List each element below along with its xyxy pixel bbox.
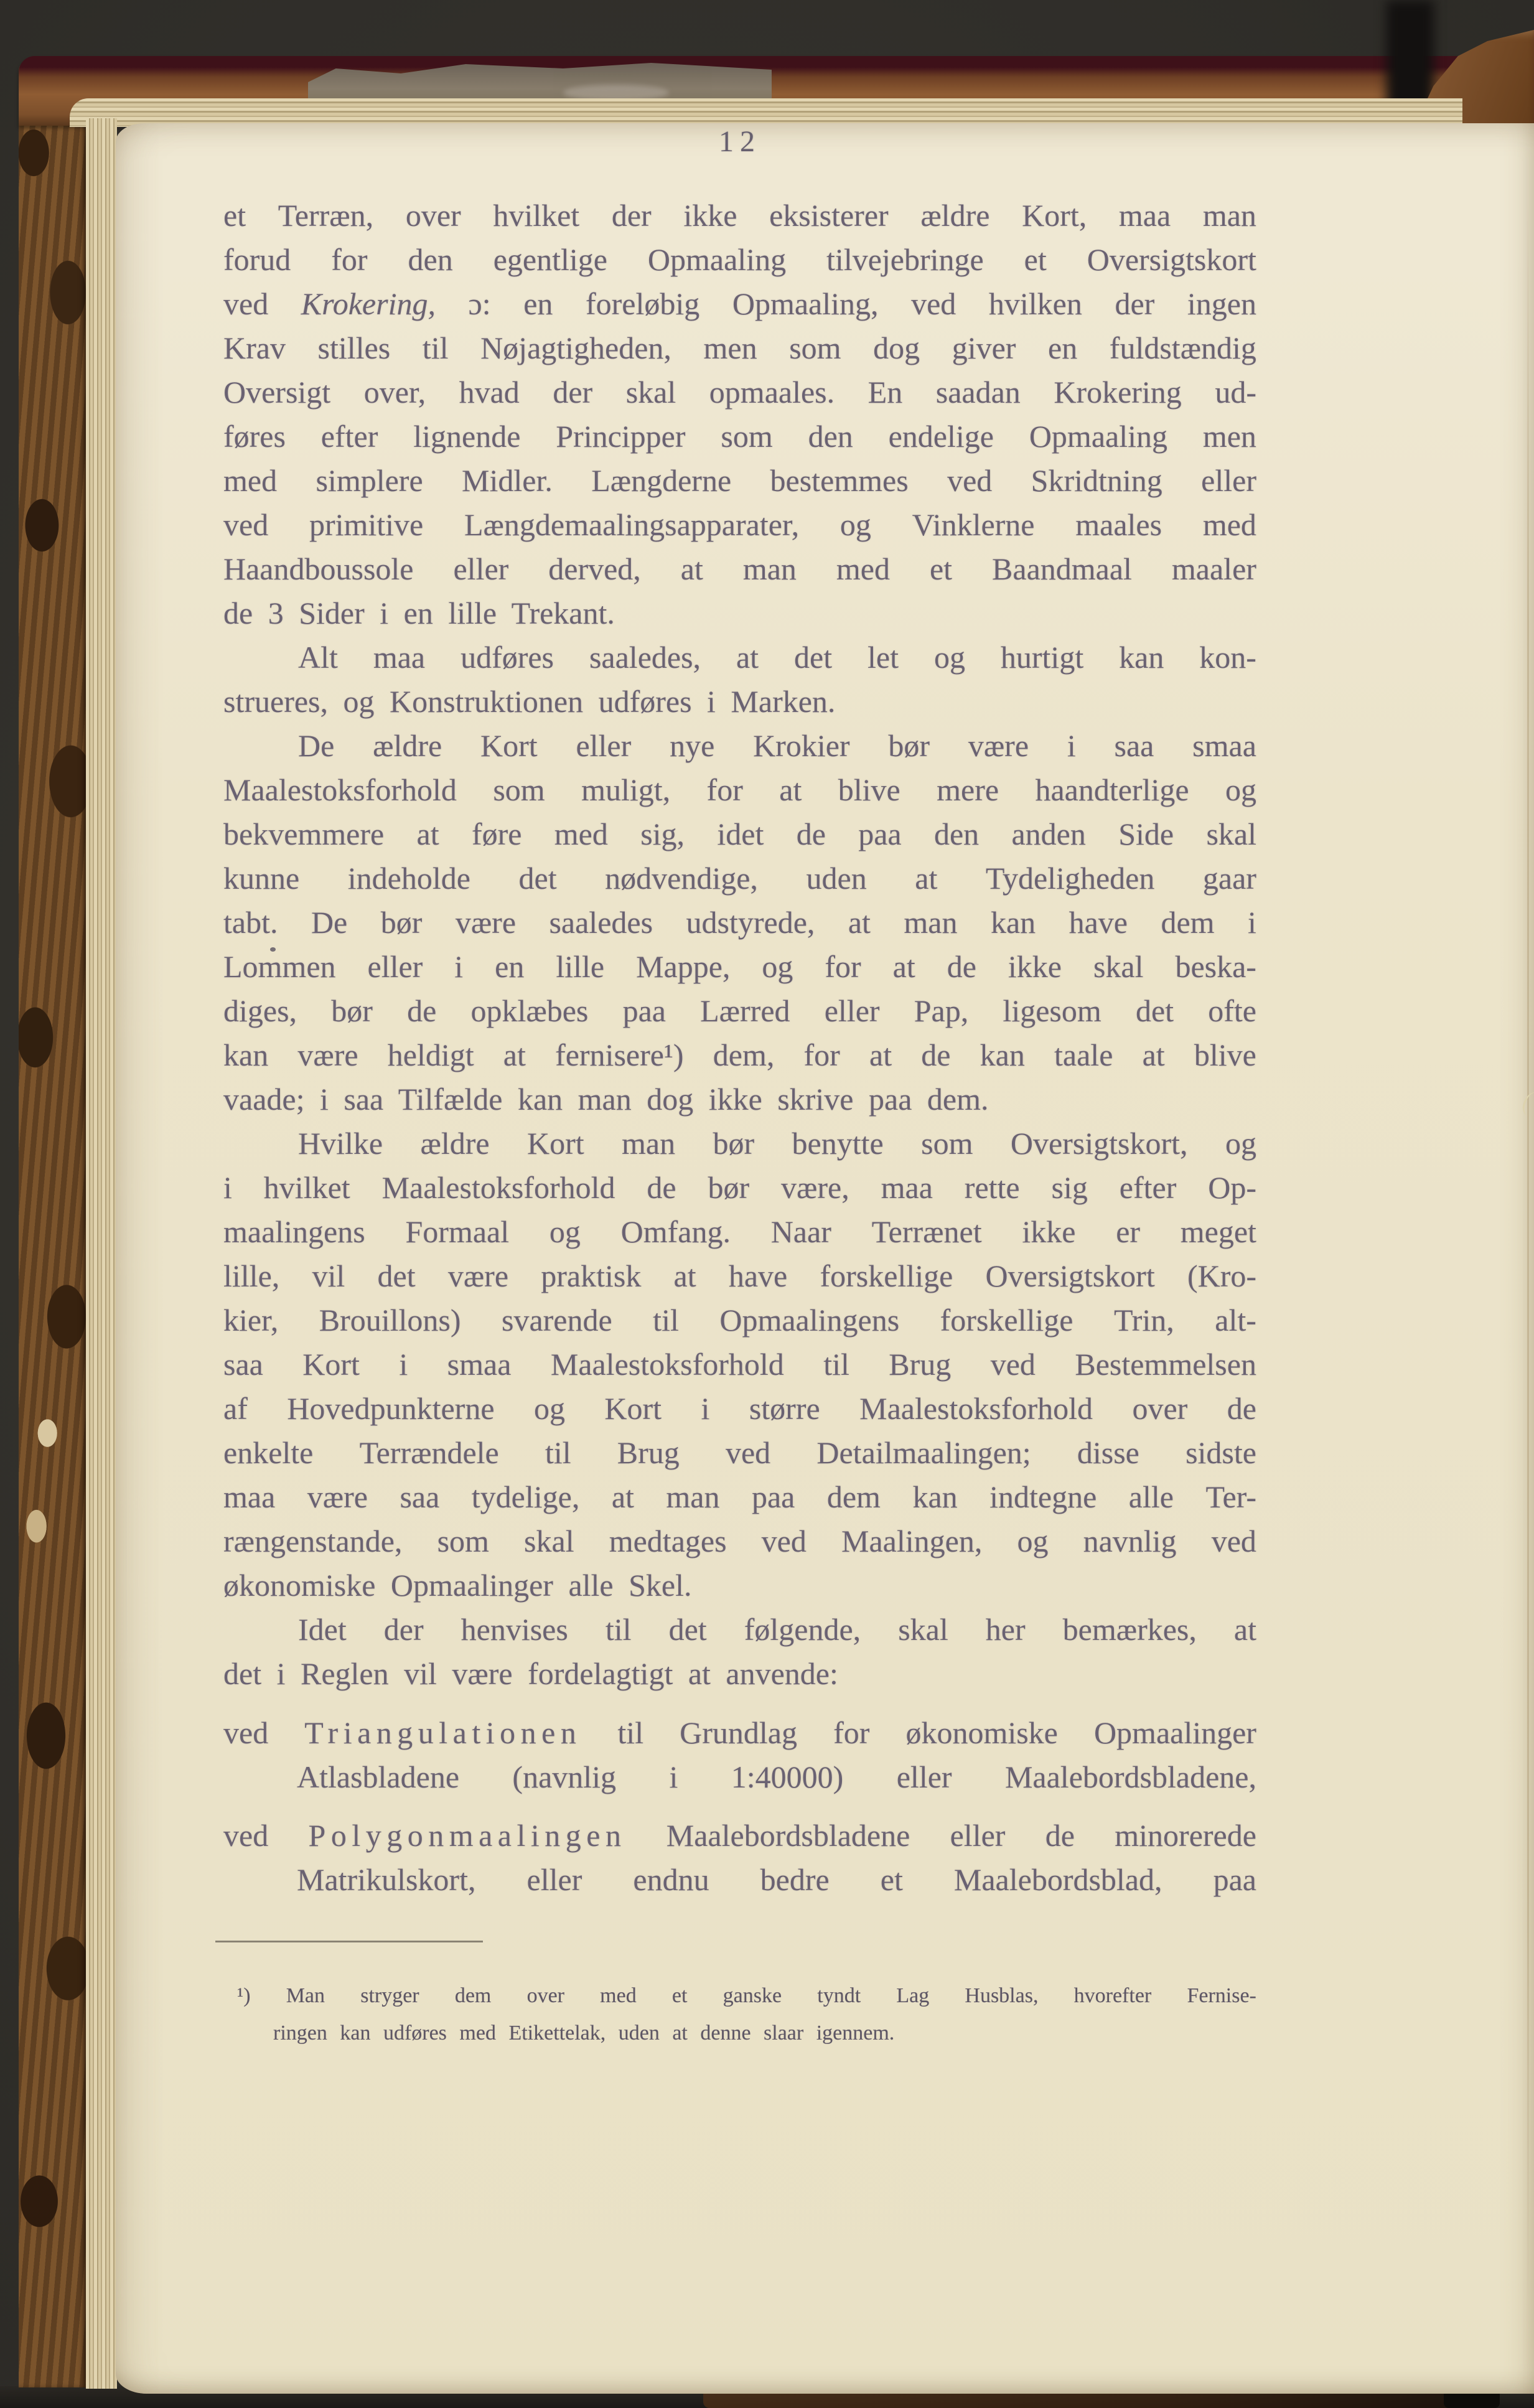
text-line: etTerræn,overhvilketderikkeeksistereræld…: [223, 194, 1256, 238]
word: ikke: [1022, 1210, 1075, 1254]
word: man: [904, 901, 957, 945]
word: det: [519, 856, 557, 901]
word: for: [804, 1033, 840, 1077]
word: Baandmaal: [992, 547, 1132, 591]
word: Længdemaalingsapparater,: [464, 503, 799, 547]
word: Naar: [771, 1210, 831, 1254]
word: Nøjagtigheden,: [480, 326, 671, 370]
word: der: [612, 194, 652, 238]
word: man: [1203, 194, 1256, 238]
word: ved: [991, 1342, 1036, 1387]
word: paa: [752, 1475, 795, 1519]
word: eller: [825, 989, 880, 1033]
text-line: vaade; i saa Tilfælde kan man dog ikke s…: [223, 1077, 1256, 1122]
word: dem,: [713, 1033, 775, 1077]
word: sig: [1052, 1166, 1088, 1210]
text-line: vedTriangulationentilGrundlagforøkonomis…: [223, 1711, 1256, 1755]
word: være: [297, 1033, 358, 1077]
word: over: [1132, 1387, 1187, 1431]
word: Side: [1118, 812, 1174, 856]
word: praktisk: [541, 1254, 641, 1298]
word: De: [311, 901, 347, 945]
word: den: [408, 238, 453, 282]
word: at: [736, 635, 759, 680]
word: kier,: [223, 1298, 278, 1342]
word: hvilket: [493, 194, 579, 238]
word: ældre: [920, 194, 989, 238]
word: disse: [1077, 1431, 1139, 1475]
word: anden: [1011, 812, 1085, 856]
word: være: [456, 901, 516, 945]
word: til: [653, 1298, 679, 1342]
word: dog: [873, 326, 920, 370]
word: minorerede: [1115, 1814, 1256, 1858]
word: eller: [527, 1858, 582, 1902]
text-line: Idetderhenvisestildetfølgende,skalherbem…: [223, 1608, 1256, 1652]
word: Lærred: [700, 989, 790, 1033]
word: Atlasbladene: [297, 1755, 459, 1799]
scanned-book-photo: 12 etTerræn,overhvilketderikkeeksisterer…: [0, 0, 1534, 2408]
word: 1:40000): [731, 1755, 844, 1799]
word: saadan: [936, 370, 1021, 415]
text-line: ihvilketMaalestoksforholddebørvære,maare…: [223, 1166, 1256, 1210]
word: ved: [911, 282, 956, 326]
word: at: [417, 812, 439, 856]
word: Opmaaling: [648, 238, 786, 282]
word: smaa: [1192, 724, 1256, 768]
word: Maalebordsblad,: [954, 1858, 1162, 1902]
text-line: ringen kan udføres med Etikettelak, uden…: [215, 2015, 1256, 2052]
word: bedre: [760, 1858, 830, 1902]
word: Oversigtskort,: [1011, 1122, 1188, 1166]
word: maa: [1119, 194, 1171, 238]
word: maaler: [1172, 547, 1256, 591]
word: den: [934, 812, 979, 856]
word: lignende: [413, 415, 520, 459]
word: svarende: [502, 1298, 612, 1342]
word: kan: [991, 901, 1036, 945]
word: lille: [556, 945, 604, 989]
word: blive: [1194, 1033, 1256, 1077]
word: til: [423, 326, 449, 370]
word: bør: [888, 724, 930, 768]
word: som: [721, 415, 772, 459]
word: ofte: [1208, 989, 1256, 1033]
word: og: [1225, 768, 1256, 812]
word: Polygonmaalingen: [309, 1814, 627, 1858]
word: Maalebordsbladene: [666, 1814, 910, 1858]
word: hvad: [459, 370, 520, 415]
word: bør: [708, 1166, 749, 1210]
word: Fernise-: [1187, 1977, 1256, 2015]
word: maa: [881, 1166, 933, 1210]
word: en: [1048, 326, 1077, 370]
word: man: [743, 547, 797, 591]
word: Bestemmelsen: [1075, 1342, 1256, 1387]
word: i: [399, 1342, 408, 1387]
word: Idet: [298, 1608, 347, 1652]
word: Husblas,: [965, 1977, 1038, 2015]
word: tabt.: [223, 901, 278, 945]
word: de: [1045, 1814, 1075, 1858]
word: Pap,: [914, 989, 969, 1033]
word: bør: [713, 1122, 755, 1166]
word: Maalestoksforhold: [551, 1342, 784, 1387]
word: og: [550, 1210, 581, 1254]
footnote-text: ¹)ManstrygerdemovermedetgansketyndtLagHu…: [215, 1977, 1256, 2052]
word: opmaales.: [709, 370, 835, 415]
text-line: bekvemmereatføremedsig,idetdepaadenanden…: [223, 812, 1256, 856]
word: et: [881, 1858, 903, 1902]
word: føre: [472, 812, 522, 856]
word: Kort: [302, 1342, 360, 1387]
page-text: etTerræn,overhvilketderikkeeksistereræld…: [223, 194, 1256, 1902]
word: for: [331, 238, 367, 282]
word: Krokier: [753, 724, 850, 768]
word: og: [1017, 1519, 1048, 1563]
word: mere: [937, 768, 999, 812]
word: Maalingen,: [841, 1519, 982, 1563]
word: maa: [223, 1475, 275, 1519]
word: primitive: [309, 503, 423, 547]
word: Maalestoksforhold: [382, 1166, 615, 1210]
word: efter: [321, 415, 378, 459]
word: saaledes: [549, 901, 653, 945]
word: kan: [912, 1475, 957, 1519]
text-line: diges,børdeopklæbespaaLærredellerPap,lig…: [223, 989, 1256, 1033]
word: muligt,: [581, 768, 670, 812]
word: Kort: [527, 1122, 584, 1166]
word: Kort: [604, 1387, 662, 1431]
text-line: DeældreKortellernyeKrokierbørværeisaasma…: [223, 724, 1256, 768]
word: ganske: [723, 1977, 782, 2015]
word: over: [527, 1977, 564, 2015]
word: (Kro-: [1187, 1254, 1256, 1298]
text-line: enkelteTerrændeletilBrugvedDetailmaaling…: [223, 1431, 1256, 1475]
word: bør: [331, 989, 373, 1033]
word: i: [1248, 901, 1256, 945]
text-line: kunneindeholdedetnødvendige,udenatTydeli…: [223, 856, 1256, 901]
word: de: [947, 945, 976, 989]
word: Maalebordsbladene,: [1005, 1755, 1256, 1799]
word: et: [672, 1977, 688, 2015]
word: skal: [1206, 812, 1256, 856]
word: Trin,: [1114, 1298, 1174, 1342]
letterspaced-word: Polygonmaalingen: [309, 1818, 627, 1853]
word: de: [1227, 1387, 1256, 1431]
word: paa: [1214, 1858, 1256, 1902]
word: nødvendige,: [605, 856, 758, 901]
word: det: [794, 635, 832, 680]
word: eller: [576, 724, 631, 768]
word: eller: [1201, 459, 1256, 503]
word: Terrændele: [360, 1431, 499, 1475]
word: man: [622, 1122, 675, 1166]
word: fuldstændig: [1110, 326, 1256, 370]
word: haandterlige: [1035, 768, 1189, 812]
word: og: [934, 635, 965, 680]
word: for: [825, 945, 861, 989]
word: bekvemmere: [223, 812, 384, 856]
text-line: økonomiske Opmaalinger alle Skel.: [223, 1563, 1256, 1608]
footnote-rule: [215, 1941, 483, 1942]
word: maales: [1075, 503, 1162, 547]
word: at: [848, 901, 871, 945]
word: simplere: [316, 459, 423, 503]
word: de: [407, 989, 436, 1033]
text-line: forudfordenegentligeOpmaalingtilvejebrin…: [223, 238, 1256, 282]
word: Opmaaling,: [732, 282, 879, 326]
word: navnlig: [1083, 1519, 1177, 1563]
word: gaar: [1203, 856, 1256, 901]
word: til: [606, 1608, 632, 1652]
word: ligesom: [1003, 989, 1101, 1033]
word: men: [1203, 415, 1256, 459]
word: tydelige,: [472, 1475, 580, 1519]
word: være: [968, 724, 1029, 768]
word: være: [307, 1475, 368, 1519]
word: man: [666, 1475, 719, 1519]
text-line: rængenstande,somskalmedtagesvedMaalingen…: [223, 1519, 1256, 1563]
word: være: [448, 1254, 508, 1298]
word: forskellige: [940, 1298, 1073, 1342]
word: kan: [223, 1033, 268, 1077]
word: henvises: [461, 1608, 568, 1652]
word: at: [893, 945, 915, 989]
word: En: [868, 370, 903, 415]
word: og: [840, 503, 871, 547]
word: Skridtning: [1031, 459, 1162, 503]
word: lille,: [223, 1254, 279, 1298]
word: men: [704, 326, 757, 370]
word: sig,: [640, 812, 685, 856]
word: maa: [373, 635, 425, 680]
word: til: [617, 1711, 643, 1755]
word: Man: [286, 1977, 325, 2015]
word: i: [223, 1166, 232, 1210]
word: rette: [965, 1166, 1020, 1210]
word: Lommen: [223, 945, 336, 989]
word: efter: [1120, 1166, 1177, 1210]
word: Op-: [1208, 1166, 1256, 1210]
word: Brug: [617, 1431, 680, 1475]
word: Hvilke: [298, 1122, 383, 1166]
text-line: saaKortismaaMaalestoksforholdtilBrugvedB…: [223, 1342, 1256, 1387]
word: i: [454, 945, 463, 989]
word: alle: [1129, 1475, 1174, 1519]
word: Omfang.: [621, 1210, 731, 1254]
word: det: [669, 1608, 707, 1652]
word: benytte: [792, 1122, 884, 1166]
word: ved: [726, 1431, 770, 1475]
word: til: [545, 1431, 571, 1475]
word: føres: [223, 415, 286, 459]
text-line: Maalestoksforholdsommuligt,foratblivemer…: [223, 768, 1256, 812]
letterspaced-word: Triangulationen: [304, 1715, 581, 1750]
word: tilvejebringe: [826, 238, 984, 282]
word: eller: [897, 1755, 952, 1799]
word: hvorefter: [1074, 1977, 1152, 2015]
word: for: [707, 768, 743, 812]
word: endnu: [633, 1858, 709, 1902]
text-line: kanværeheldigtatfernisere¹)dem,foratdeka…: [223, 1033, 1256, 1077]
word: en: [495, 945, 524, 989]
word: blive: [838, 768, 900, 812]
word: de: [647, 1166, 676, 1210]
text-line: maaværesaatydelige,atmanpaademkanindtegn…: [223, 1475, 1256, 1519]
word: indeholde: [348, 856, 470, 901]
word: Triangulationen: [304, 1711, 581, 1755]
word: rængenstande,: [223, 1519, 402, 1563]
word: at: [503, 1033, 526, 1077]
word: bør: [381, 901, 423, 945]
word: saa: [223, 1342, 263, 1387]
word: beska-: [1175, 945, 1256, 989]
word: vil: [312, 1254, 345, 1298]
word: at: [1143, 1033, 1165, 1077]
word: stilles: [318, 326, 391, 370]
word: Matrikulskort,: [297, 1858, 475, 1902]
word: Kort: [480, 724, 538, 768]
word: kunne: [223, 856, 299, 901]
word: enkelte: [223, 1431, 313, 1475]
word: fernisere¹): [555, 1033, 684, 1077]
word: Hovedpunkterne: [287, 1387, 494, 1431]
word: at: [915, 856, 937, 901]
word: Principper: [556, 415, 685, 459]
text-line: KravstillestilNøjagtigheden,mensomdoggiv…: [223, 326, 1256, 370]
word: Midler.: [462, 459, 553, 503]
word: med: [836, 547, 890, 591]
word: kan: [980, 1033, 1025, 1077]
word: ældre: [373, 724, 442, 768]
word: et: [223, 194, 246, 238]
word: skal: [524, 1519, 574, 1563]
word: de: [797, 812, 826, 856]
text-line: medsimplereMidler.LængdernebestemmesvedS…: [223, 459, 1256, 503]
text-line: Altmaaudføressaaledes,atdetletoghurtigtk…: [223, 635, 1256, 680]
text-line: Oversigtover,hvadderskalopmaales.Ensaada…: [223, 370, 1256, 415]
word: skal: [898, 1608, 948, 1652]
word: Detailmaalingen;: [816, 1431, 1031, 1475]
word: at: [612, 1475, 634, 1519]
word: som: [437, 1519, 489, 1563]
text-line: LommenellerienlilleMappe,ogforatdeikkesk…: [223, 945, 1256, 989]
word: paa: [623, 989, 666, 1033]
word: bestemmes: [770, 459, 909, 503]
word: af: [223, 1387, 248, 1431]
word: eller: [950, 1814, 1006, 1858]
word: Terrænet: [872, 1210, 982, 1254]
word: Krav: [223, 326, 286, 370]
word: Opmaalinger: [1094, 1711, 1256, 1755]
word: hvilket: [264, 1166, 350, 1210]
text-line: Matrikulskort,ellerendnubedreetMaalebord…: [223, 1858, 1256, 1902]
word: Oversigtskort: [1087, 238, 1256, 282]
word: skal: [626, 370, 676, 415]
word: ved: [947, 459, 992, 503]
word: foreløbig: [586, 282, 699, 326]
word: Mappe,: [636, 945, 730, 989]
word: Opmaalingens: [719, 1298, 899, 1342]
word: kan: [1119, 635, 1164, 680]
word: som: [493, 768, 545, 812]
word: saaledes,: [589, 635, 701, 680]
word: de: [921, 1033, 950, 1077]
text-line: det i Reglen vil være fordelagtigt at an…: [223, 1652, 1256, 1696]
word: dem: [827, 1475, 881, 1519]
word: at: [1234, 1608, 1256, 1652]
word: Opmaaling: [1029, 415, 1167, 459]
word: eller: [453, 547, 508, 591]
word: økonomiske: [905, 1711, 1057, 1755]
word: ikke: [1008, 945, 1062, 989]
footnote: ¹)ManstrygerdemovermedetgansketyndtLagHu…: [215, 1941, 1256, 2052]
word: Terræn,: [278, 194, 373, 238]
text-line: vedPolygonmaalingenMaalebordsbladeneelle…: [223, 1814, 1256, 1858]
word: ud-: [1215, 370, 1256, 415]
word: der: [1115, 282, 1154, 326]
word: Oversigt: [223, 370, 330, 415]
text-line: kier,Brouillons)svarendetilOpmaalingensf…: [223, 1298, 1256, 1342]
word: Lag: [896, 1977, 929, 2015]
word: er: [1116, 1210, 1140, 1254]
word: De: [298, 724, 334, 768]
word: saa: [400, 1475, 439, 1519]
word: at: [681, 547, 703, 591]
word: ved: [223, 1814, 268, 1858]
word: kon-: [1199, 635, 1256, 680]
word: Haandboussole: [223, 547, 414, 591]
word: et: [1024, 238, 1047, 282]
word: Tydeligheden: [986, 856, 1154, 901]
word: med: [1203, 503, 1256, 547]
word: heldigt: [388, 1033, 474, 1077]
text-line: føresefterlignendePrincippersomdenendeli…: [223, 415, 1256, 459]
word: og: [1225, 1122, 1256, 1166]
word: have: [729, 1254, 787, 1298]
word: dem: [1161, 901, 1214, 945]
page-crease: [1527, 198, 1529, 2314]
word: indtegne: [989, 1475, 1097, 1519]
word: her: [986, 1608, 1026, 1652]
word: Brug: [889, 1342, 951, 1387]
word: taale: [1054, 1033, 1113, 1077]
word: ¹): [237, 1977, 251, 2015]
page-number: 12: [223, 126, 1256, 157]
text-line: Atlasbladene(navnligi1:40000)ellerMaaleb…: [223, 1755, 1256, 1799]
word: for: [833, 1711, 869, 1755]
word: ɔ:: [469, 282, 491, 326]
word: Maalestoksforhold: [859, 1387, 1093, 1431]
word: med: [554, 812, 608, 856]
word: ved: [223, 503, 268, 547]
word: det: [1136, 989, 1174, 1033]
word: meget: [1181, 1210, 1256, 1254]
word: have: [1069, 901, 1128, 945]
word: følgende,: [744, 1608, 861, 1652]
word: maalingens: [223, 1210, 365, 1254]
text-line: tabt.Debørværesaaledesudstyrede,atmankan…: [223, 901, 1256, 945]
word: der: [384, 1608, 424, 1652]
word: Alt: [298, 635, 338, 680]
word: og: [762, 945, 793, 989]
word: stryger: [360, 1977, 419, 2015]
word: dem: [455, 1977, 492, 2015]
word: forud: [223, 238, 291, 282]
word: at: [674, 1254, 696, 1298]
word: hvilken: [989, 282, 1082, 326]
